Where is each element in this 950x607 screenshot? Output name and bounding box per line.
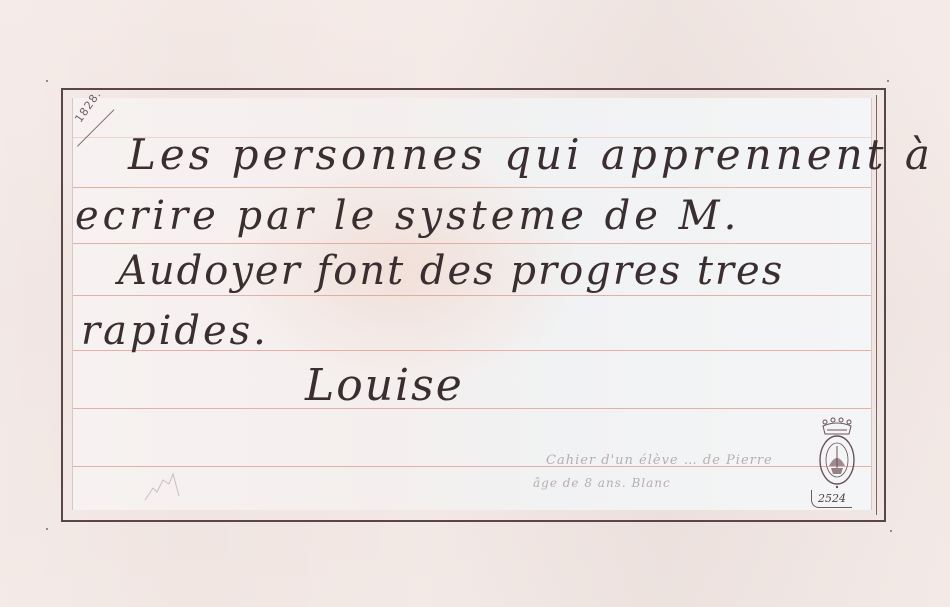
signature: Louise bbox=[305, 360, 464, 411]
text-line-1: Les personnes qui apprennent à bbox=[128, 130, 934, 179]
pin-mark bbox=[46, 80, 48, 82]
handwriting-sheet: 1828. Les personnes qui apprennent à ecr… bbox=[72, 98, 872, 510]
ruled-line bbox=[73, 187, 871, 188]
mount-board: 1828. Les personnes qui apprennent à ecr… bbox=[0, 0, 950, 607]
pencil-annotation-line-1: Cahier d'un élève … de Pierre bbox=[546, 453, 773, 468]
pin-mark bbox=[890, 530, 892, 532]
text-line-2: ecrire par le systeme de M. bbox=[75, 193, 740, 239]
pin-mark bbox=[46, 528, 48, 530]
pencil-scribble-icon bbox=[143, 466, 183, 506]
text-line-4: rapides. bbox=[81, 308, 269, 354]
ruled-line bbox=[73, 408, 871, 409]
pin-mark bbox=[887, 80, 889, 82]
stamp-catalog-number: 2524 bbox=[811, 490, 852, 508]
ruled-line bbox=[73, 243, 871, 244]
ruled-line bbox=[73, 295, 871, 296]
text-line-3: Audoyer font des progres tres bbox=[118, 248, 784, 294]
pencil-annotation-line-2: âge de 8 ans. Blanc bbox=[533, 476, 671, 490]
